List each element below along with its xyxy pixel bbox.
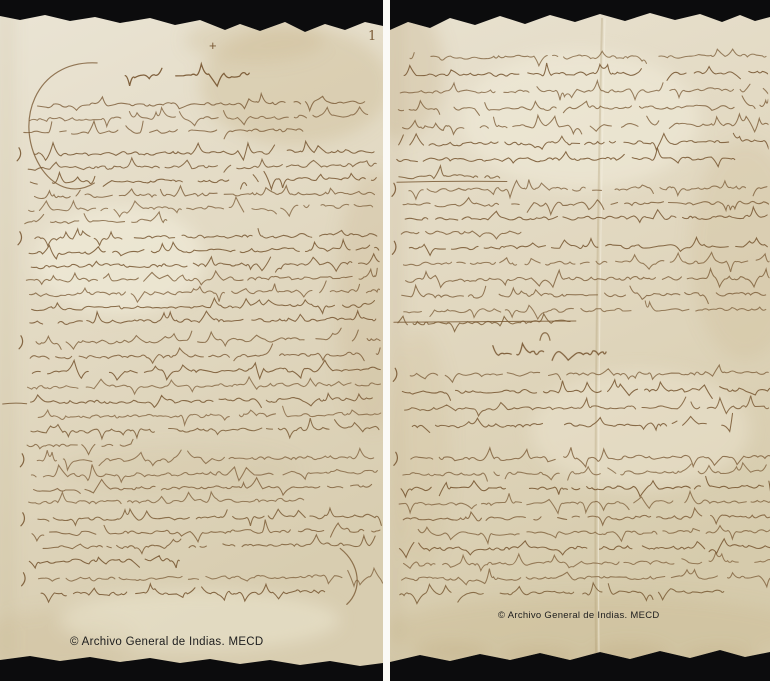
left-page-paper-image: 1 +: [0, 0, 383, 681]
folio-number: 1: [368, 29, 376, 44]
invocation-cross-mark: +: [209, 38, 217, 53]
right-page-paper-image: [390, 0, 770, 681]
manuscript-scan: 1 + © Archivo General de Indias. MECD: [0, 0, 770, 681]
left-page-scan: 1 + © Archivo General de Indias. MECD: [0, 0, 383, 681]
archive-watermark-right: © Archivo General de Indias. MECD: [498, 610, 660, 621]
archive-watermark-left: © Archivo General de Indias. MECD: [70, 636, 264, 648]
right-page-scan: © Archivo General de Indias. MECD: [390, 0, 770, 681]
